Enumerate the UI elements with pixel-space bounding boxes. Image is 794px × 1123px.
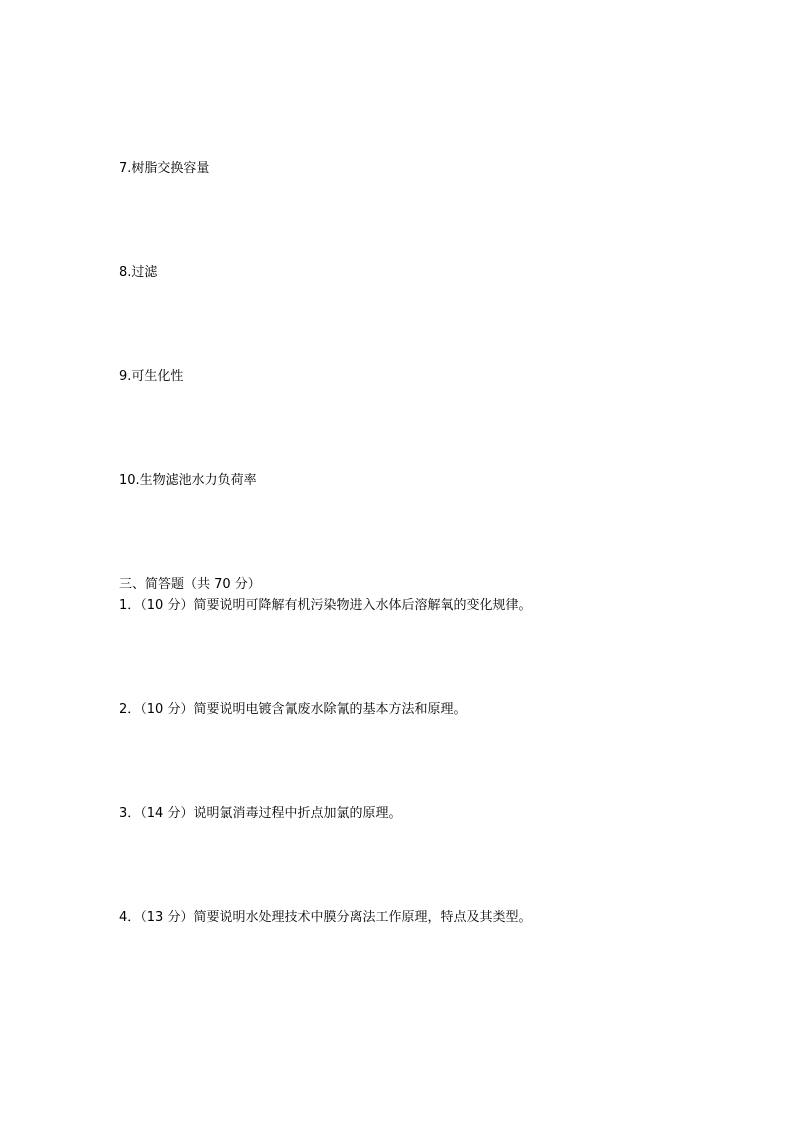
question-4: 4．（13 分）简要说明水处理技术中膜分离法工作原理，特点及其类型。 — [119, 910, 531, 926]
question-2: 2．（10 分）简要说明电镀含氰废水除氰的基本方法和原理。 — [119, 702, 466, 718]
section-heading: 三、简答题（共 70 分） — [119, 577, 261, 593]
definition-item-10: 10.生物滤池水力负荷率 — [119, 473, 257, 489]
definition-item-9: 9.可生化性 — [119, 369, 183, 385]
definition-item-8: 8.过滤 — [119, 265, 157, 281]
question-3: 3．（14 分）说明氯消毒过程中折点加氯的原理。 — [119, 806, 401, 822]
question-1: 1．（10 分）简要说明可降解有机污染物进入水体后溶解氧的变化规律。 — [119, 598, 531, 614]
definition-item-7: 7.树脂交换容量 — [119, 161, 209, 177]
